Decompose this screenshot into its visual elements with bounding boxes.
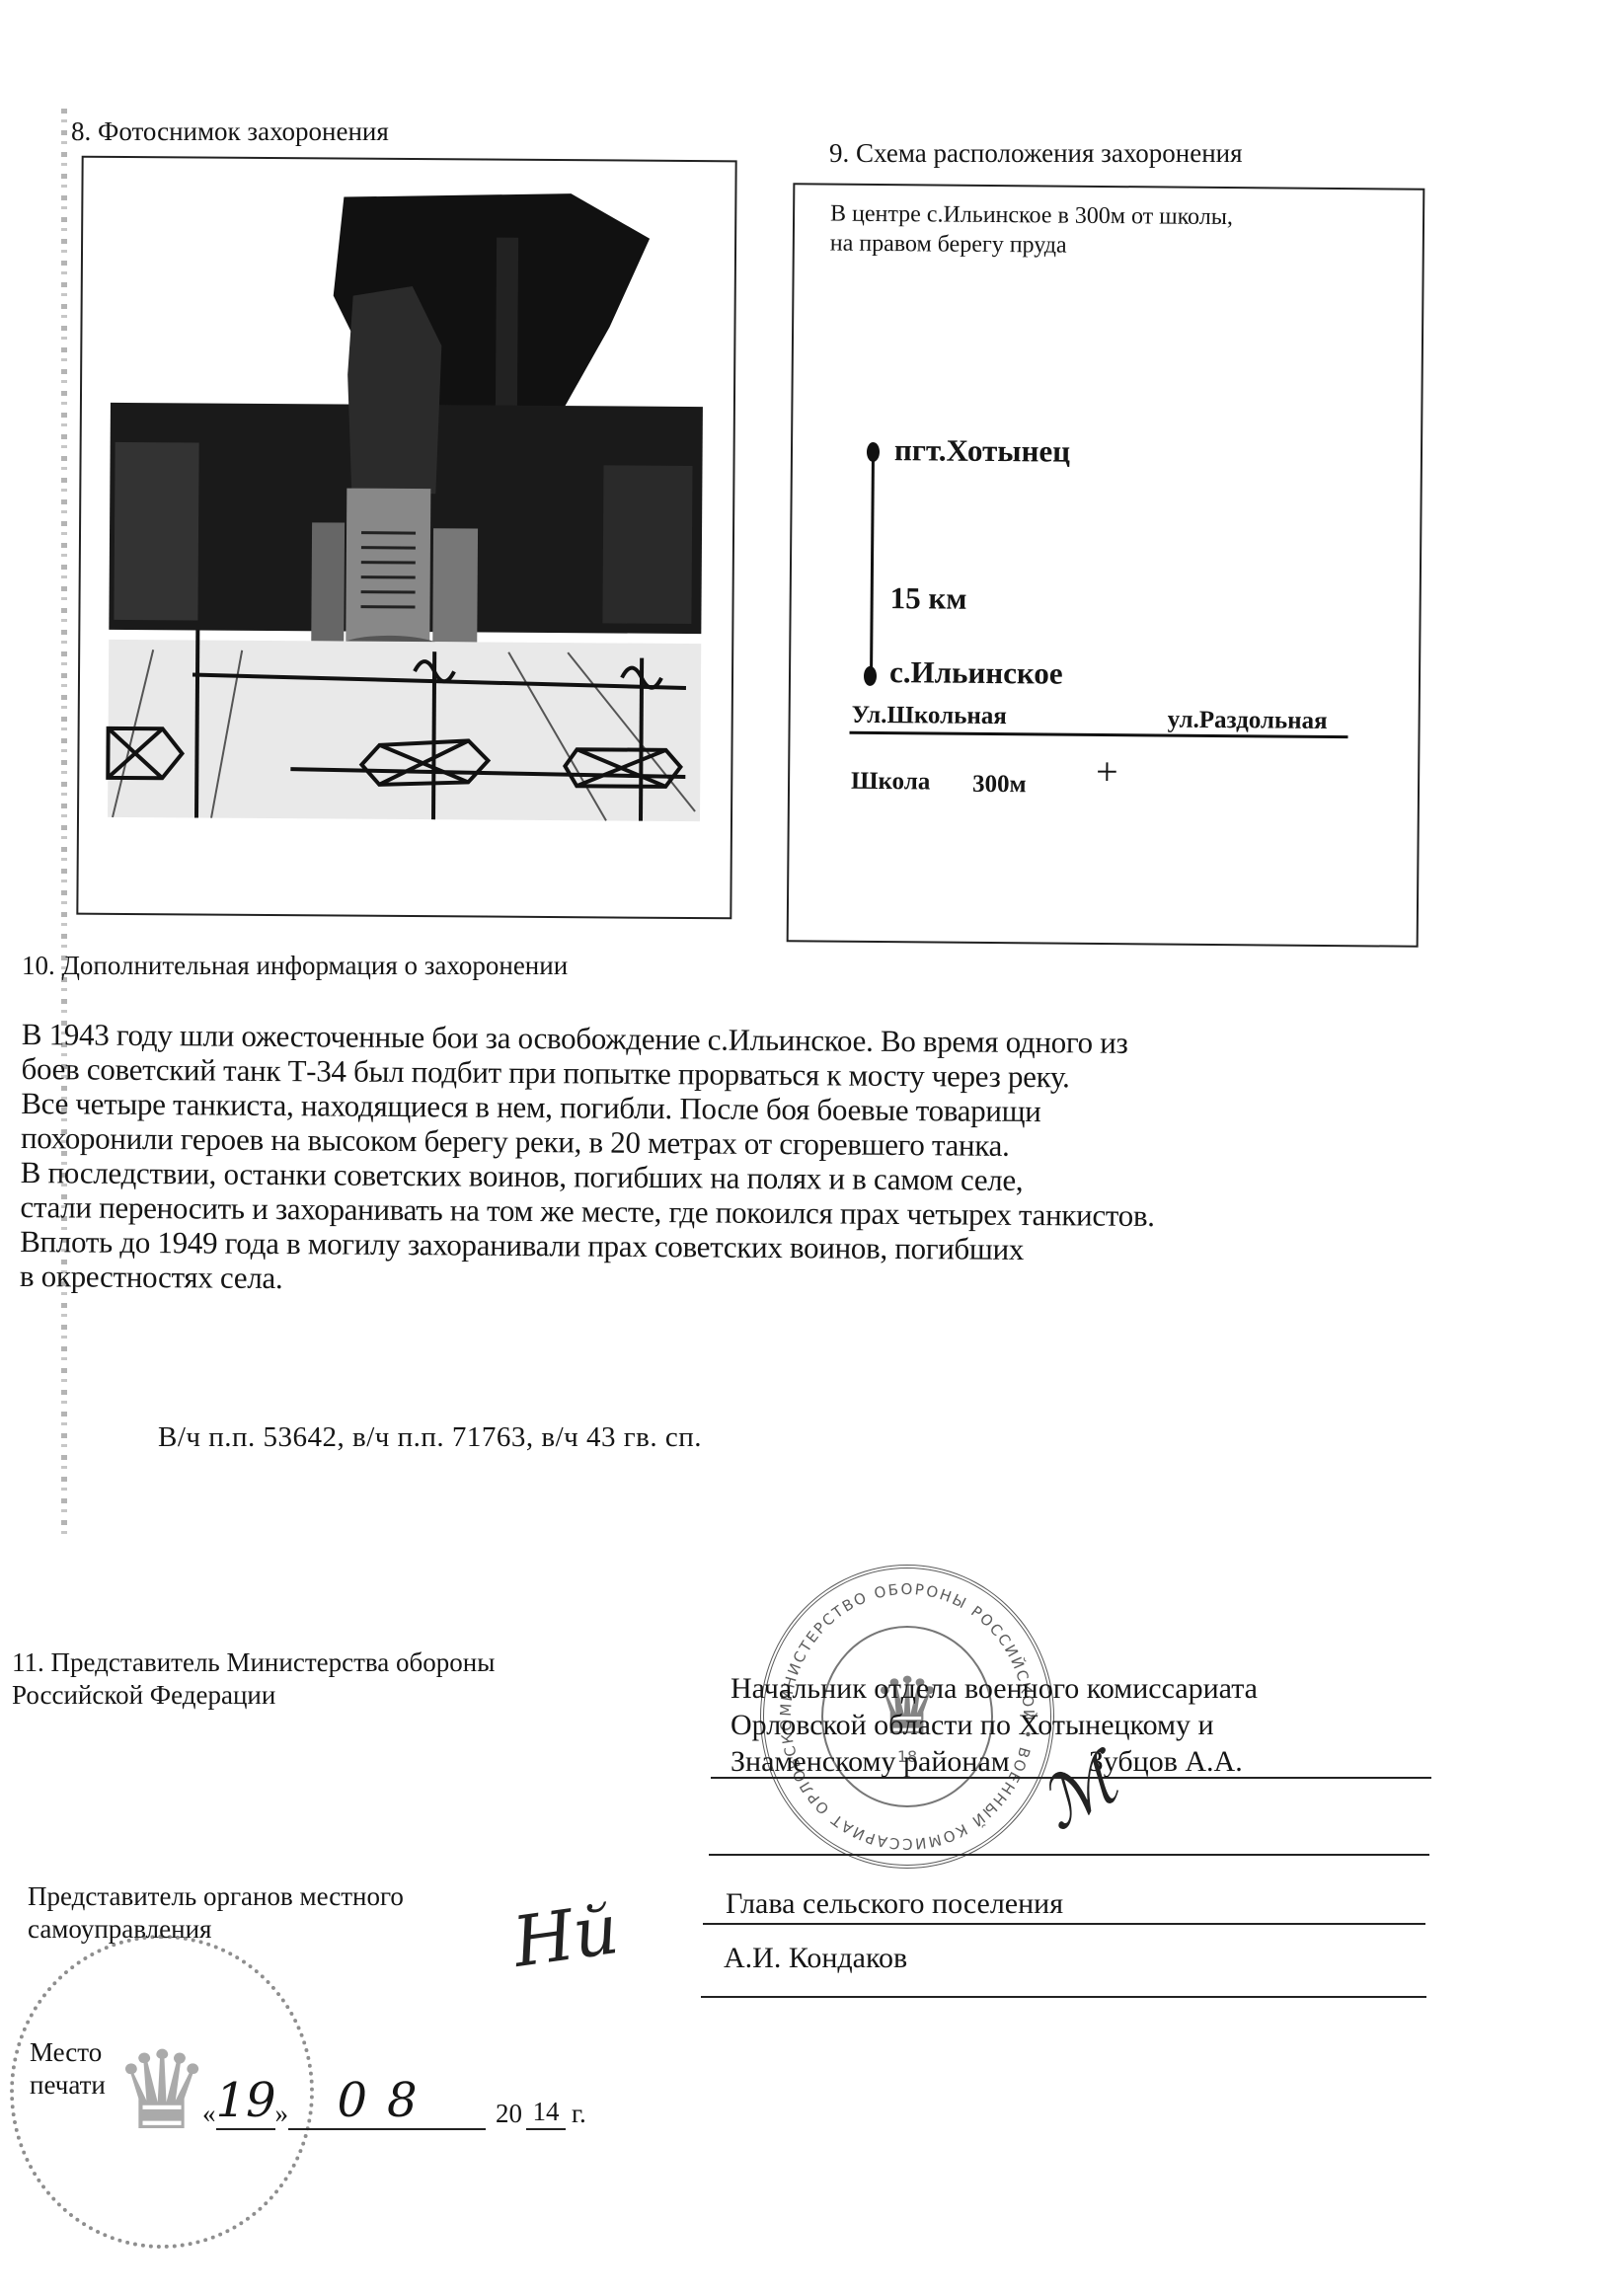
- date-field: « 19 » 08 20 14 г.: [202, 2073, 586, 2130]
- mod-official-title: Начальник отдела военного комиссариата О…: [731, 1670, 1258, 1780]
- route-line: [870, 450, 875, 677]
- military-units: В/ч п.п. 53642, в/ч п.п. 71763, в/ч 43 г…: [158, 1421, 702, 1454]
- label-line: печати: [30, 2069, 106, 2102]
- label-line: Место: [30, 2036, 106, 2069]
- seal-place-label: Место печати: [30, 2036, 106, 2102]
- memorial-photo: [93, 176, 722, 841]
- distance-label: 15 км: [890, 580, 967, 617]
- scan-margin-artifact: [61, 109, 67, 1540]
- local-representative-label: Представитель органов местного самоуправ…: [28, 1880, 404, 1946]
- date-year-prefix: 20: [496, 2098, 522, 2130]
- label-line: самоуправления: [28, 1913, 404, 1946]
- school-distance-label: 300м: [972, 771, 1027, 799]
- date-year-suffix: 14: [526, 2096, 566, 2130]
- title-line: Орловской области по Хотынецкому и: [731, 1707, 1258, 1743]
- map-point-icon: [867, 442, 880, 462]
- school-label: Школа: [851, 768, 930, 797]
- street-left-label: Ул.Школьная: [852, 702, 1007, 730]
- title-line-with-name: Знаменскому районам Зубцов А.А.: [731, 1743, 1258, 1780]
- additional-info-heading: 10. Дополнительная информация о захороне…: [22, 951, 568, 981]
- date-quote: «: [202, 2098, 216, 2130]
- signature-line: [701, 1996, 1426, 1998]
- signature-line: [703, 1923, 1425, 1925]
- signature-line: [709, 1854, 1429, 1856]
- scheme-description: В центре с.Ильинское в 300м от школы, на…: [830, 199, 1233, 263]
- street-right-label: ул.Раздольная: [1168, 707, 1328, 735]
- local-handwritten-signature: Нй: [508, 1888, 624, 1983]
- photo-heading: 8. Фотоснимок захоронения: [71, 116, 389, 147]
- date-quote: »: [275, 2098, 289, 2130]
- memorial-photo-frame: [76, 156, 736, 920]
- scheme-heading: 9. Схема расположения захоронения: [829, 138, 1243, 169]
- additional-info-text: В 1943 году шли ожесточенные бои за осво…: [20, 1017, 1562, 1305]
- map-point-icon: [864, 666, 877, 686]
- mod-representative-label: 11. Представитель Министерства обороны Р…: [12, 1646, 495, 1712]
- title-line: Знаменскому районам: [731, 1743, 1010, 1780]
- scheme-description-line: на правом берегу пруда: [830, 229, 1233, 263]
- date-day: 19: [216, 2073, 275, 2130]
- title-line: Начальник отдела военного комиссариата: [731, 1670, 1258, 1707]
- label-line: 11. Представитель Министерства обороны: [12, 1646, 495, 1679]
- local-official-name: А.И. Кондаков: [724, 1940, 907, 1976]
- memorial-photo-image: [93, 176, 722, 841]
- top-point-label: пгт.Хотынец: [894, 432, 1070, 470]
- bottom-point-label: с.Ильинское: [889, 654, 1063, 692]
- label-line: Российской Федерации: [12, 1679, 495, 1712]
- burial-cross-icon: +: [1096, 752, 1118, 792]
- date-month: 08: [288, 2073, 486, 2130]
- label-line: Представитель органов местного: [28, 1880, 404, 1913]
- local-official-title: Глава сельского поселения: [726, 1885, 1063, 1922]
- mod-official-name: Зубцов А.А.: [1089, 1743, 1243, 1780]
- date-year-unit: г.: [572, 2098, 586, 2130]
- double-headed-eagle-icon: ♛: [114, 2037, 211, 2146]
- scheme-description-line: В центре с.Ильинское в 300м от школы,: [830, 199, 1233, 233]
- location-scheme: В центре с.Ильинское в 300м от школы, на…: [787, 183, 1425, 948]
